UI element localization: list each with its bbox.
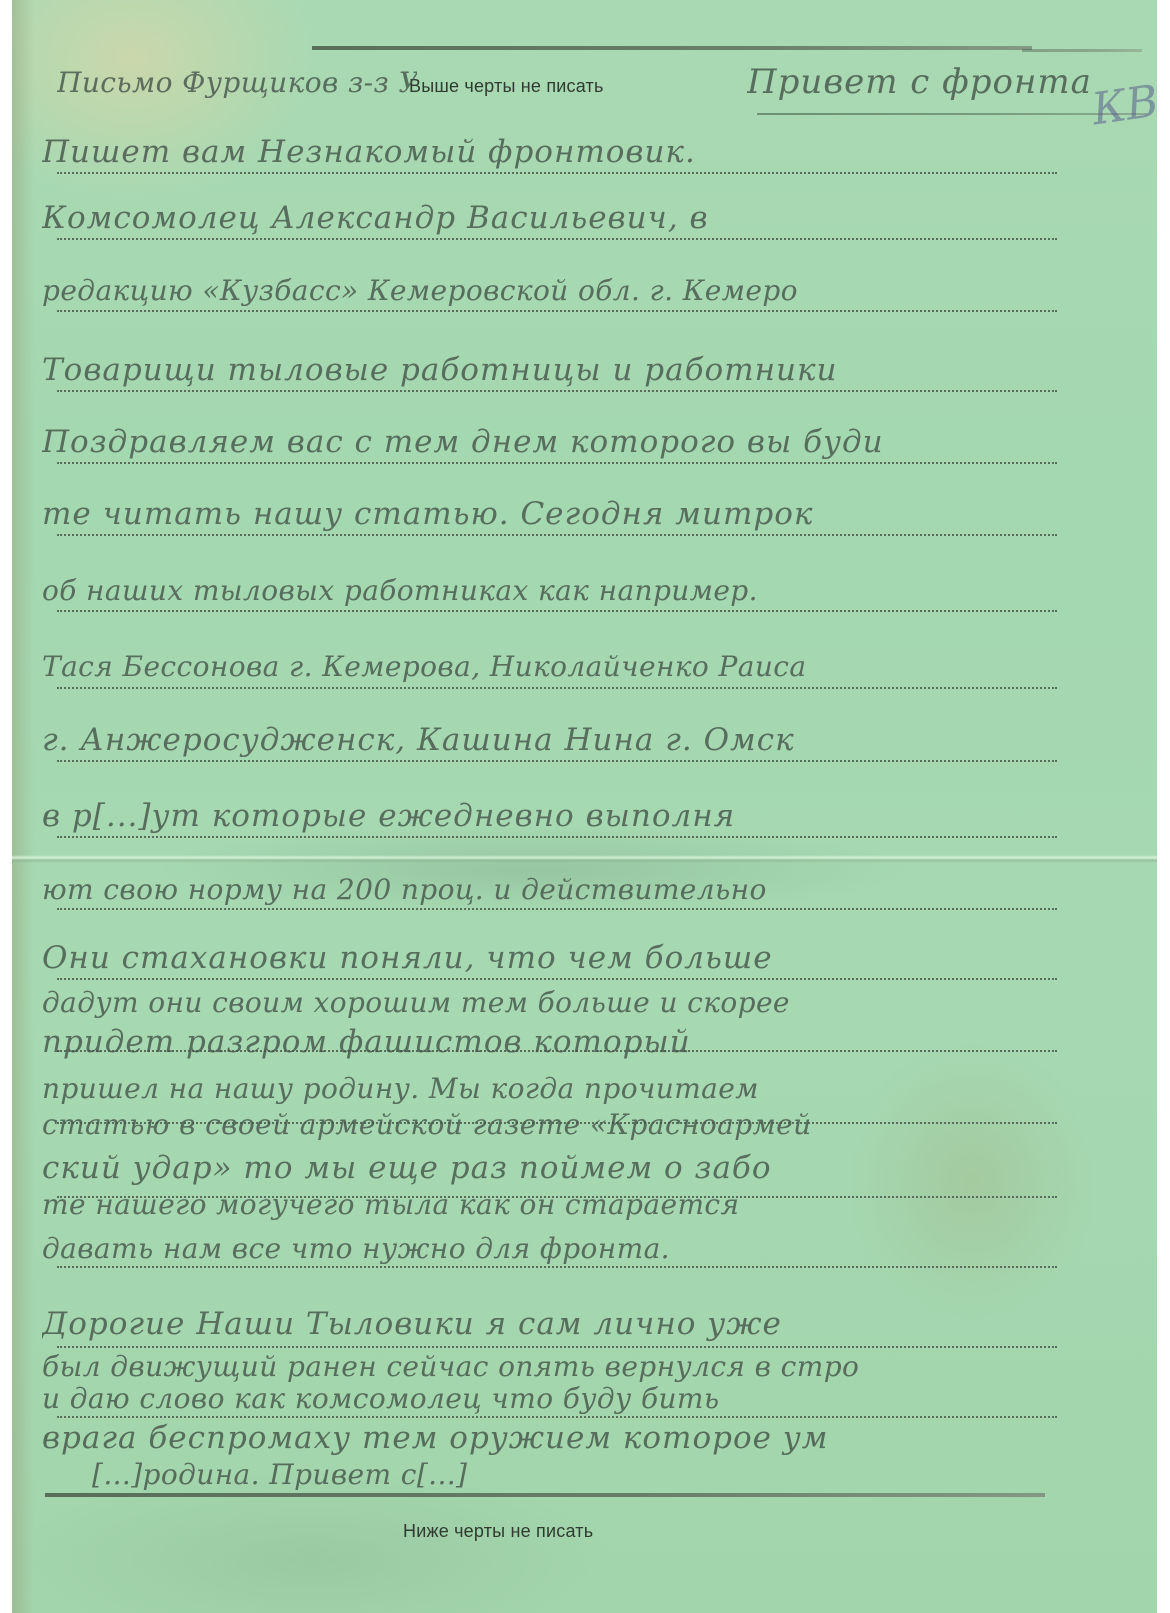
ruled-line [57, 610, 1057, 612]
censor-mark: КВ [1089, 76, 1162, 136]
handwritten-line: статью в своей армейской газете «Красноа… [42, 1108, 1162, 1141]
handwritten-line: ют свою норму на 200 проц. и действитель… [42, 873, 1162, 906]
handwritten-line: ский удар» то мы еще раз поймем о забо [42, 1150, 1162, 1186]
handwritten-line: Комсомолец Александр Васильевич, в [42, 200, 1162, 236]
handwritten-line: был движущий ранен сейчас опять вернулся… [42, 1350, 1162, 1383]
handwritten-line: давать нам все что нужно для фронта. [42, 1232, 1162, 1265]
handwritten-line: и даю слово как комсомолец что буду бить [42, 1382, 1162, 1415]
ruled-line [57, 1346, 1057, 1348]
top-rule [312, 46, 1032, 50]
handwritten-line: Они стахановки поняли, что чем больше [42, 940, 1162, 976]
bottom-rule [45, 1493, 1045, 1497]
ruled-line [57, 172, 1057, 174]
ruled-line [57, 1266, 1057, 1268]
header-left-text: Письмо Фурщиков з-з Ураса [57, 66, 417, 99]
handwritten-line: об наших тыловых работниках как например… [42, 574, 1162, 607]
handwritten-line: те нашего могучего тыла как он старается [42, 1188, 1162, 1221]
bottom-notice: Ниже черты не писать [403, 1521, 593, 1542]
top-rule-faded [1022, 49, 1142, 52]
handwritten-line: Тася Бессонова г. Кемерова, Николайченко… [42, 650, 1162, 683]
handwritten-line: придет разгром фашистов который [42, 1024, 1162, 1060]
ruled-line [57, 462, 1057, 464]
handwritten-line: Товарищи тыловые работницы и работники [42, 352, 1162, 388]
ruled-line [57, 390, 1057, 392]
ruled-line [57, 978, 1057, 980]
ruled-line [57, 238, 1057, 240]
handwritten-line: редакцию «Кузбасс» Кемеровской обл. г. К… [42, 274, 1162, 307]
handwritten-line: Поздравляем вас с тем днем которого вы б… [42, 424, 1162, 460]
fold-crease [12, 855, 1157, 863]
ruled-line [57, 908, 1057, 910]
handwritten-line: врага беспромаху тем оружием которое ум [42, 1420, 1162, 1456]
handwritten-line: дадут они своим хорошим тем больше и ско… [42, 986, 1162, 1019]
header-underline [757, 113, 1147, 115]
ruled-line [57, 760, 1057, 762]
handwritten-line: Пишет вам Незнакомый фронтовик. [42, 134, 1162, 170]
ruled-line [57, 1416, 1057, 1418]
ruled-line [57, 687, 1057, 689]
handwritten-line: пришел на нашу родину. Мы когда прочитае… [42, 1072, 1162, 1105]
handwritten-line: в р[...]ут которые ежедневно выполня [42, 798, 1162, 834]
handwritten-line: [...]родина. Привет с[...] [92, 1458, 1170, 1491]
letter-paper: Выше черты не писать Письмо Фурщиков з-з… [12, 0, 1157, 1613]
handwritten-line: Дорогие Наши Тыловики я сам лично уже [42, 1306, 1162, 1342]
top-notice: Выше черты не писать [409, 76, 604, 97]
handwritten-line: г. Анжеросудженск, Кашина Нина г. Омск [42, 722, 1162, 758]
ruled-line [57, 836, 1057, 838]
handwritten-line: те читать нашу статью. Сегодня митрок [42, 496, 1162, 532]
ruled-line [57, 310, 1057, 312]
ruled-line [57, 534, 1057, 536]
